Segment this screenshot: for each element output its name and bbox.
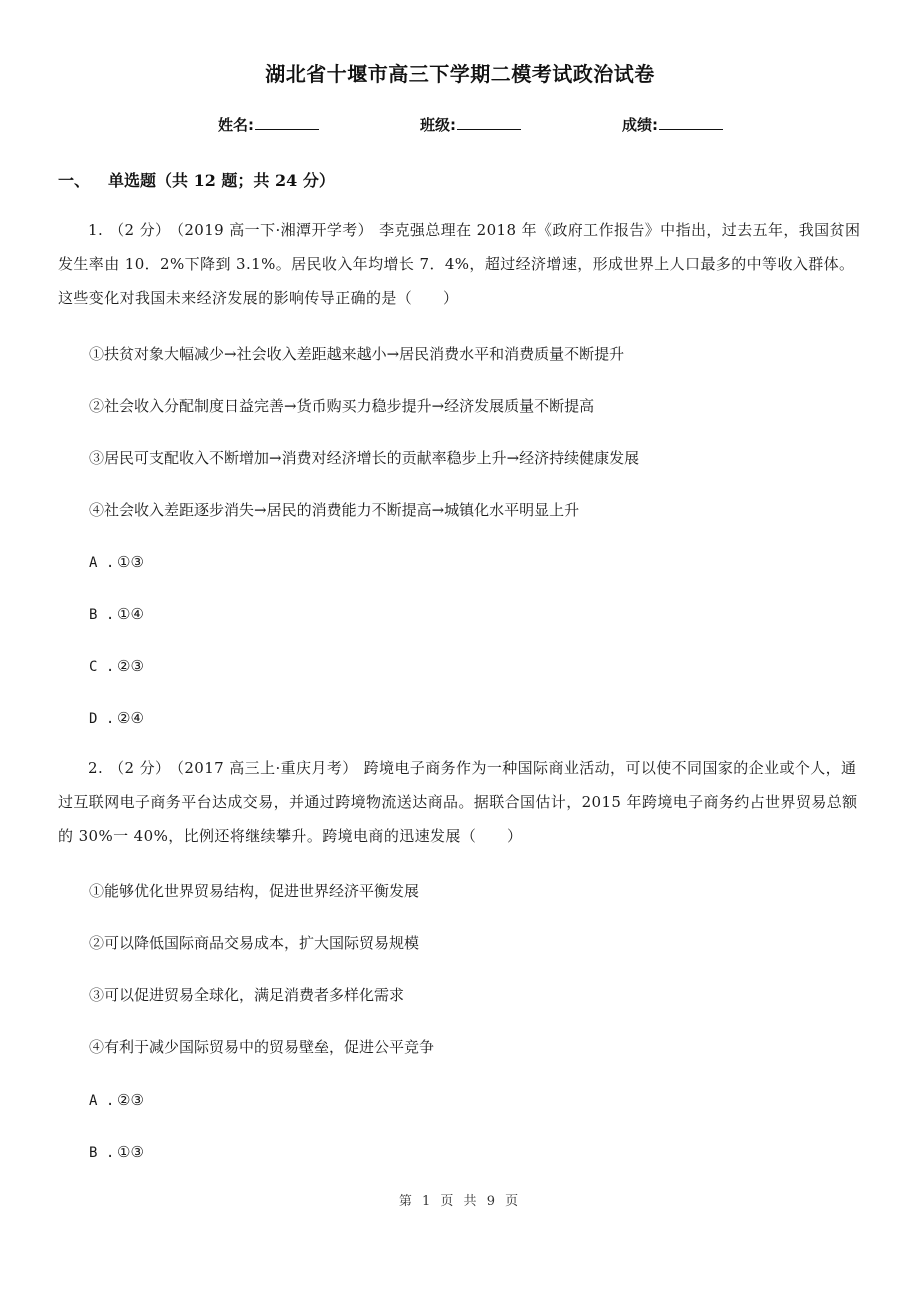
question-2-stem: 2.（2 分）（2017 高三上·重庆月考）跨境电子商务作为一种国际商业活动，可… <box>58 751 868 853</box>
option-letter: A . <box>89 552 117 574</box>
option-text: ②④ <box>117 709 144 727</box>
class-blank <box>457 115 521 130</box>
q1-option-d[interactable]: D .②④ <box>89 707 144 730</box>
name-blank <box>255 115 319 130</box>
q2-statement-4: ④有利于减少国际贸易中的贸易壁垒，促进公平竞争 <box>89 1036 434 1058</box>
score-label: 成绩: <box>622 116 658 134</box>
page-footer: 第 1 页 共 9 页 <box>0 1190 920 1209</box>
score-blank <box>659 115 723 130</box>
question-score: （2 分） <box>109 221 170 239</box>
question-source: （2019 高一下·湘潭开学考） <box>176 221 373 239</box>
student-info-row: 姓名: 班级: 成绩: <box>0 114 920 136</box>
q2-statement-1: ①能够优化世界贸易结构，促进世界经济平衡发展 <box>89 880 419 902</box>
document-title: 湖北省十堰市高三下学期二模考试政治试卷 <box>0 58 920 87</box>
q1-option-c[interactable]: C .②③ <box>89 655 144 678</box>
option-letter: B . <box>89 1142 117 1164</box>
class-label: 班级: <box>420 116 456 134</box>
question-source: （2017 高三上·重庆月考） <box>176 759 357 777</box>
q1-statement-4: ④社会收入差距逐步消失→居民的消费能力不断提高→城镇化水平明显上升 <box>89 499 579 521</box>
section-number: 一、 <box>58 171 90 190</box>
score-field: 成绩: <box>622 114 723 135</box>
q2-option-b[interactable]: B .①③ <box>89 1141 144 1164</box>
question-score: （2 分） <box>109 759 170 777</box>
option-letter: B . <box>89 604 117 626</box>
class-field: 班级: <box>420 114 521 135</box>
question-1-stem: 1.（2 分）（2019 高一下·湘潭开学考）李克强总理在 2018 年《政府工… <box>58 213 868 315</box>
q1-statement-2: ②社会收入分配制度日益完善→货币购买力稳步提升→经济发展质量不断提高 <box>89 395 594 417</box>
option-text: ②③ <box>117 1091 144 1109</box>
name-field: 姓名: <box>218 114 319 135</box>
q2-statement-3: ③可以促进贸易全球化，满足消费者多样化需求 <box>89 984 404 1006</box>
question-number: 1. <box>88 221 103 239</box>
q1-option-a[interactable]: A .①③ <box>89 551 144 574</box>
name-label: 姓名: <box>218 116 254 134</box>
question-number: 2. <box>88 759 103 777</box>
q2-option-a[interactable]: A .②③ <box>89 1089 144 1112</box>
option-letter: C . <box>89 656 117 678</box>
section-title: 单选题（共 12 题；共 24 分） <box>108 171 335 190</box>
option-text: ①③ <box>117 553 144 571</box>
q1-statement-1: ①扶贫对象大幅减少→社会收入差距越来越小→居民消费水平和消费质量不断提升 <box>89 343 624 365</box>
section-heading: 一、单选题（共 12 题；共 24 分） <box>58 168 335 191</box>
q1-option-b[interactable]: B .①④ <box>89 603 144 626</box>
exam-page: 湖北省十堰市高三下学期二模考试政治试卷 姓名: 班级: 成绩: 一、单选题（共 … <box>0 0 920 1302</box>
q2-statement-2: ②可以降低国际商品交易成本，扩大国际贸易规模 <box>89 932 419 954</box>
option-letter: A . <box>89 1090 117 1112</box>
option-text: ①③ <box>117 1143 144 1161</box>
option-text: ②③ <box>117 657 144 675</box>
option-letter: D . <box>89 708 117 730</box>
option-text: ①④ <box>117 605 144 623</box>
q1-statement-3: ③居民可支配收入不断增加→消费对经济增长的贡献率稳步上升→经济持续健康发展 <box>89 447 639 469</box>
